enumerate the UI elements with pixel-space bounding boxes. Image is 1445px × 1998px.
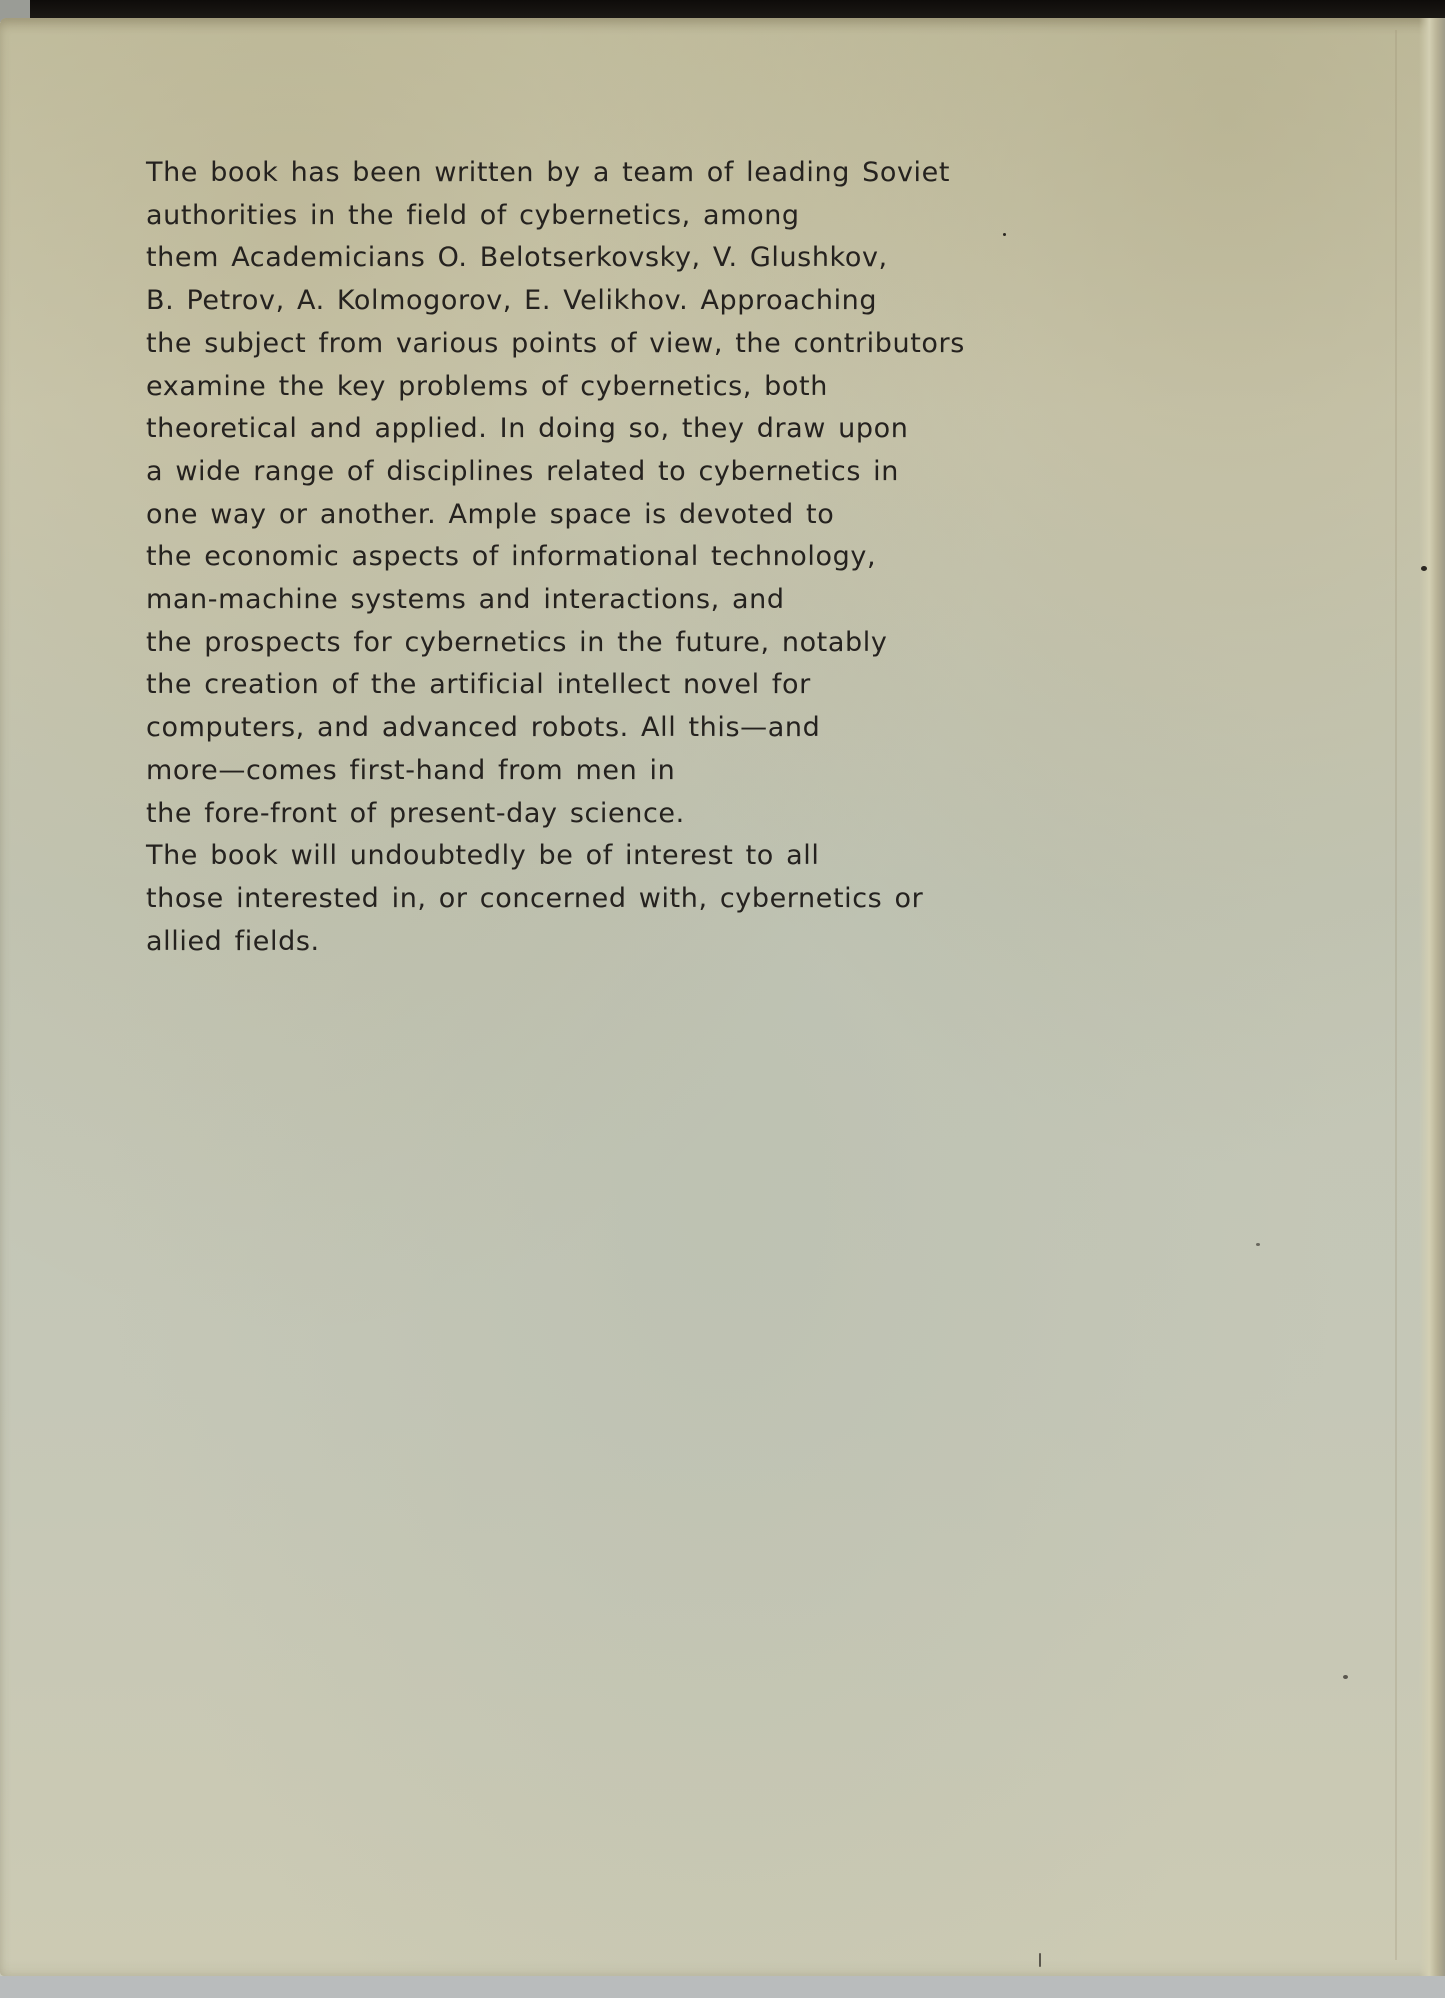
speck-mark bbox=[1039, 1953, 1041, 1967]
blurb-line: The book will undoubtedly be of interest… bbox=[146, 835, 1046, 878]
blurb-line: the fore-front of present-day science. bbox=[146, 793, 1046, 836]
blurb-text: The book has been written by a team of l… bbox=[146, 152, 1046, 963]
blurb-line: allied fields. bbox=[146, 921, 1046, 964]
book-back-cover-photo: The book has been written by a team of l… bbox=[0, 0, 1445, 1998]
blurb-line: computers, and advanced robots. All this… bbox=[146, 707, 1046, 750]
blurb-line: The book has been written by a team of l… bbox=[146, 152, 1046, 195]
cover-spine-edge bbox=[1419, 18, 1445, 1976]
speck-mark bbox=[1421, 566, 1427, 571]
blurb-line: those interested in, or concerned with, … bbox=[146, 878, 1046, 921]
blurb-line: the subject from various points of view,… bbox=[146, 323, 1046, 366]
blurb-line: the economic aspects of informational te… bbox=[146, 536, 1046, 579]
blurb-line: them Academicians O. Belotserkovsky, V. … bbox=[146, 237, 1046, 280]
blurb-line: a wide range of disciplines related to c… bbox=[146, 451, 1046, 494]
blurb-line: more—comes first-hand from men in bbox=[146, 750, 1046, 793]
speck-mark bbox=[1343, 1675, 1348, 1679]
blurb-line: the prospects for cybernetics in the fut… bbox=[146, 622, 1046, 665]
blurb-line: B. Petrov, A. Kolmogorov, E. Velikhov. A… bbox=[146, 280, 1046, 323]
blurb-line: the creation of the artificial intellect… bbox=[146, 664, 1046, 707]
blurb-line: authorities in the field of cybernetics,… bbox=[146, 195, 1046, 238]
speck-mark bbox=[1256, 1243, 1260, 1246]
blurb-line: one way or another. Ample space is devot… bbox=[146, 494, 1046, 537]
blurb-line: man-machine systems and interactions, an… bbox=[146, 579, 1046, 622]
cover-fold-line bbox=[1395, 30, 1397, 1960]
blurb-line: theoretical and applied. In doing so, th… bbox=[146, 408, 1046, 451]
table-surface bbox=[0, 1976, 1445, 1998]
blurb-line: examine the key problems of cybernetics,… bbox=[146, 366, 1046, 409]
